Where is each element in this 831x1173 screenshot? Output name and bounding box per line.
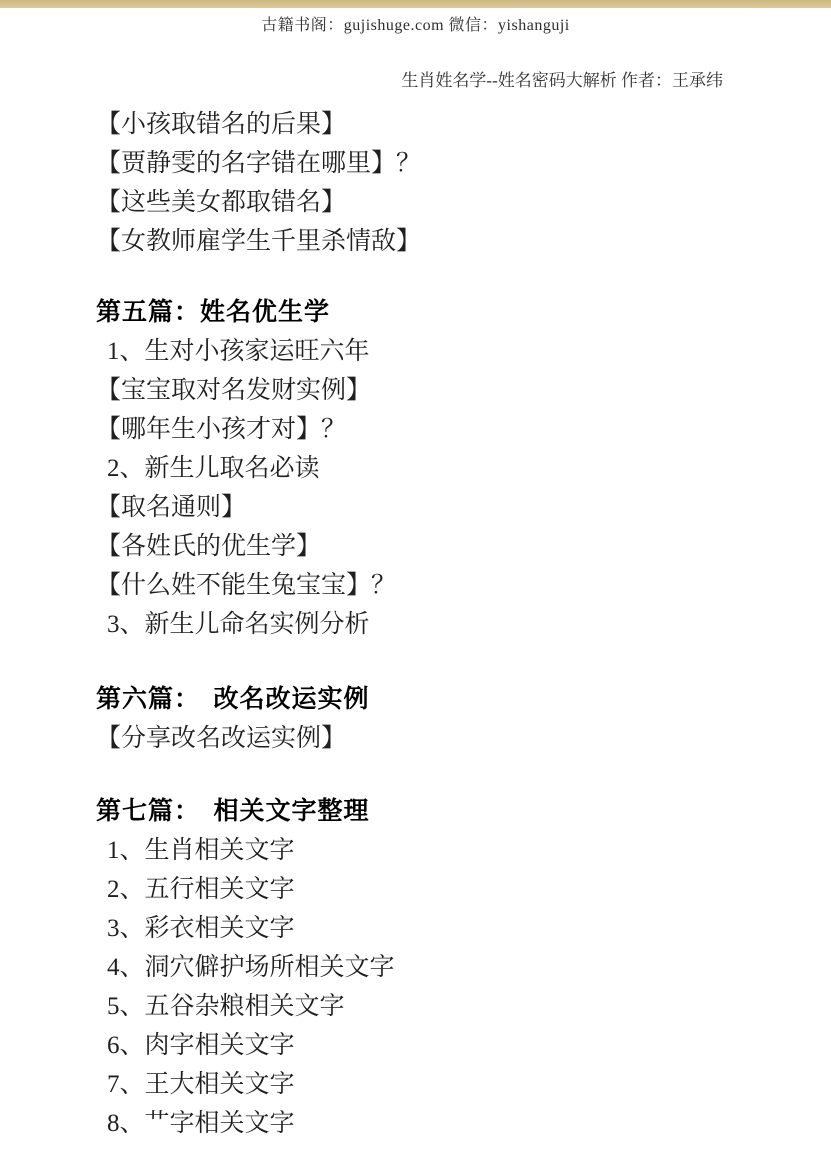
toc-entry: 7、王大相关文字 <box>96 1065 796 1104</box>
toc-entry: 2、五行相关文字 <box>96 870 796 909</box>
section-heading-7: 第七篇： 相关文字整理 <box>96 792 796 831</box>
toc-entry: 3、新生儿命名实例分析 <box>96 605 796 644</box>
toc-entry: 【什么姓不能生兔宝宝】？ <box>96 566 796 605</box>
toc-entry: 5、五谷杂粮相关文字 <box>96 987 796 1026</box>
section-heading-5: 第五篇：姓名优生学 <box>96 293 796 332</box>
toc-entry: 2、新生儿取名必读 <box>96 449 796 488</box>
toc-entry: 【小孩取错名的后果】 <box>96 105 796 144</box>
toc-entry: 【宝宝取对名发财实例】 <box>96 371 796 410</box>
site-watermark: 古籍书阁：gujishuge.com 微信：yishanguji <box>0 12 831 35</box>
book-title-author: 生肖姓名学--姓名密码大解析 作者：王承纬 <box>0 66 723 91</box>
toc-entry: 【女教师雇学生千里杀情敌】 <box>96 222 796 261</box>
toc-entry: 【分享改名改运实例】 <box>96 719 796 758</box>
toc-entry: 1、生肖相关文字 <box>96 831 796 870</box>
toc-entry: 3、彩衣相关文字 <box>96 909 796 948</box>
toc-entry: 6、肉字相关文字 <box>96 1026 796 1065</box>
top-accent-bar <box>0 0 831 8</box>
toc-entry: 【这些美女都取错名】 <box>96 183 796 222</box>
toc-entry: 【各姓氏的优生学】 <box>96 527 796 566</box>
table-of-contents: 【小孩取错名的后果】 【贾静雯的名字错在哪里】？ 【这些美女都取错名】 【女教师… <box>96 105 796 1143</box>
toc-entry: 4、洞穴僻护场所相关文字 <box>96 948 796 987</box>
toc-entry: 【贾静雯的名字错在哪里】？ <box>96 144 796 183</box>
section-heading-6: 第六篇： 改名改运实例 <box>96 680 796 719</box>
document-page: 古籍书阁：gujishuge.com 微信：yishanguji 生肖姓名学--… <box>0 0 831 1173</box>
toc-entry: 8、艹字相关文字 <box>96 1104 796 1143</box>
toc-entry: 1、生对小孩家运旺六年 <box>96 332 796 371</box>
toc-entry: 【取名通则】 <box>96 488 796 527</box>
toc-entry: 【哪年生小孩才对】？ <box>96 410 796 449</box>
